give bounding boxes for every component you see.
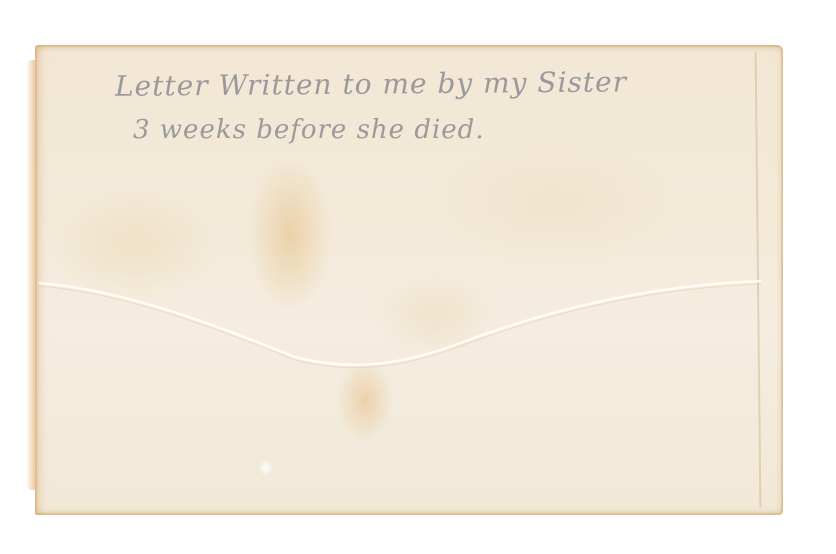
photo-scene: Letter Written to me by my Sister 3 week…: [0, 0, 836, 554]
inscription-line-2: 3 weeks before she died.: [133, 110, 755, 150]
paper-speck: [261, 463, 271, 473]
pencil-inscription: Letter Written to me by my Sister 3 week…: [115, 64, 755, 150]
inscription-line-1: Letter Written to me by my Sister: [115, 61, 755, 107]
